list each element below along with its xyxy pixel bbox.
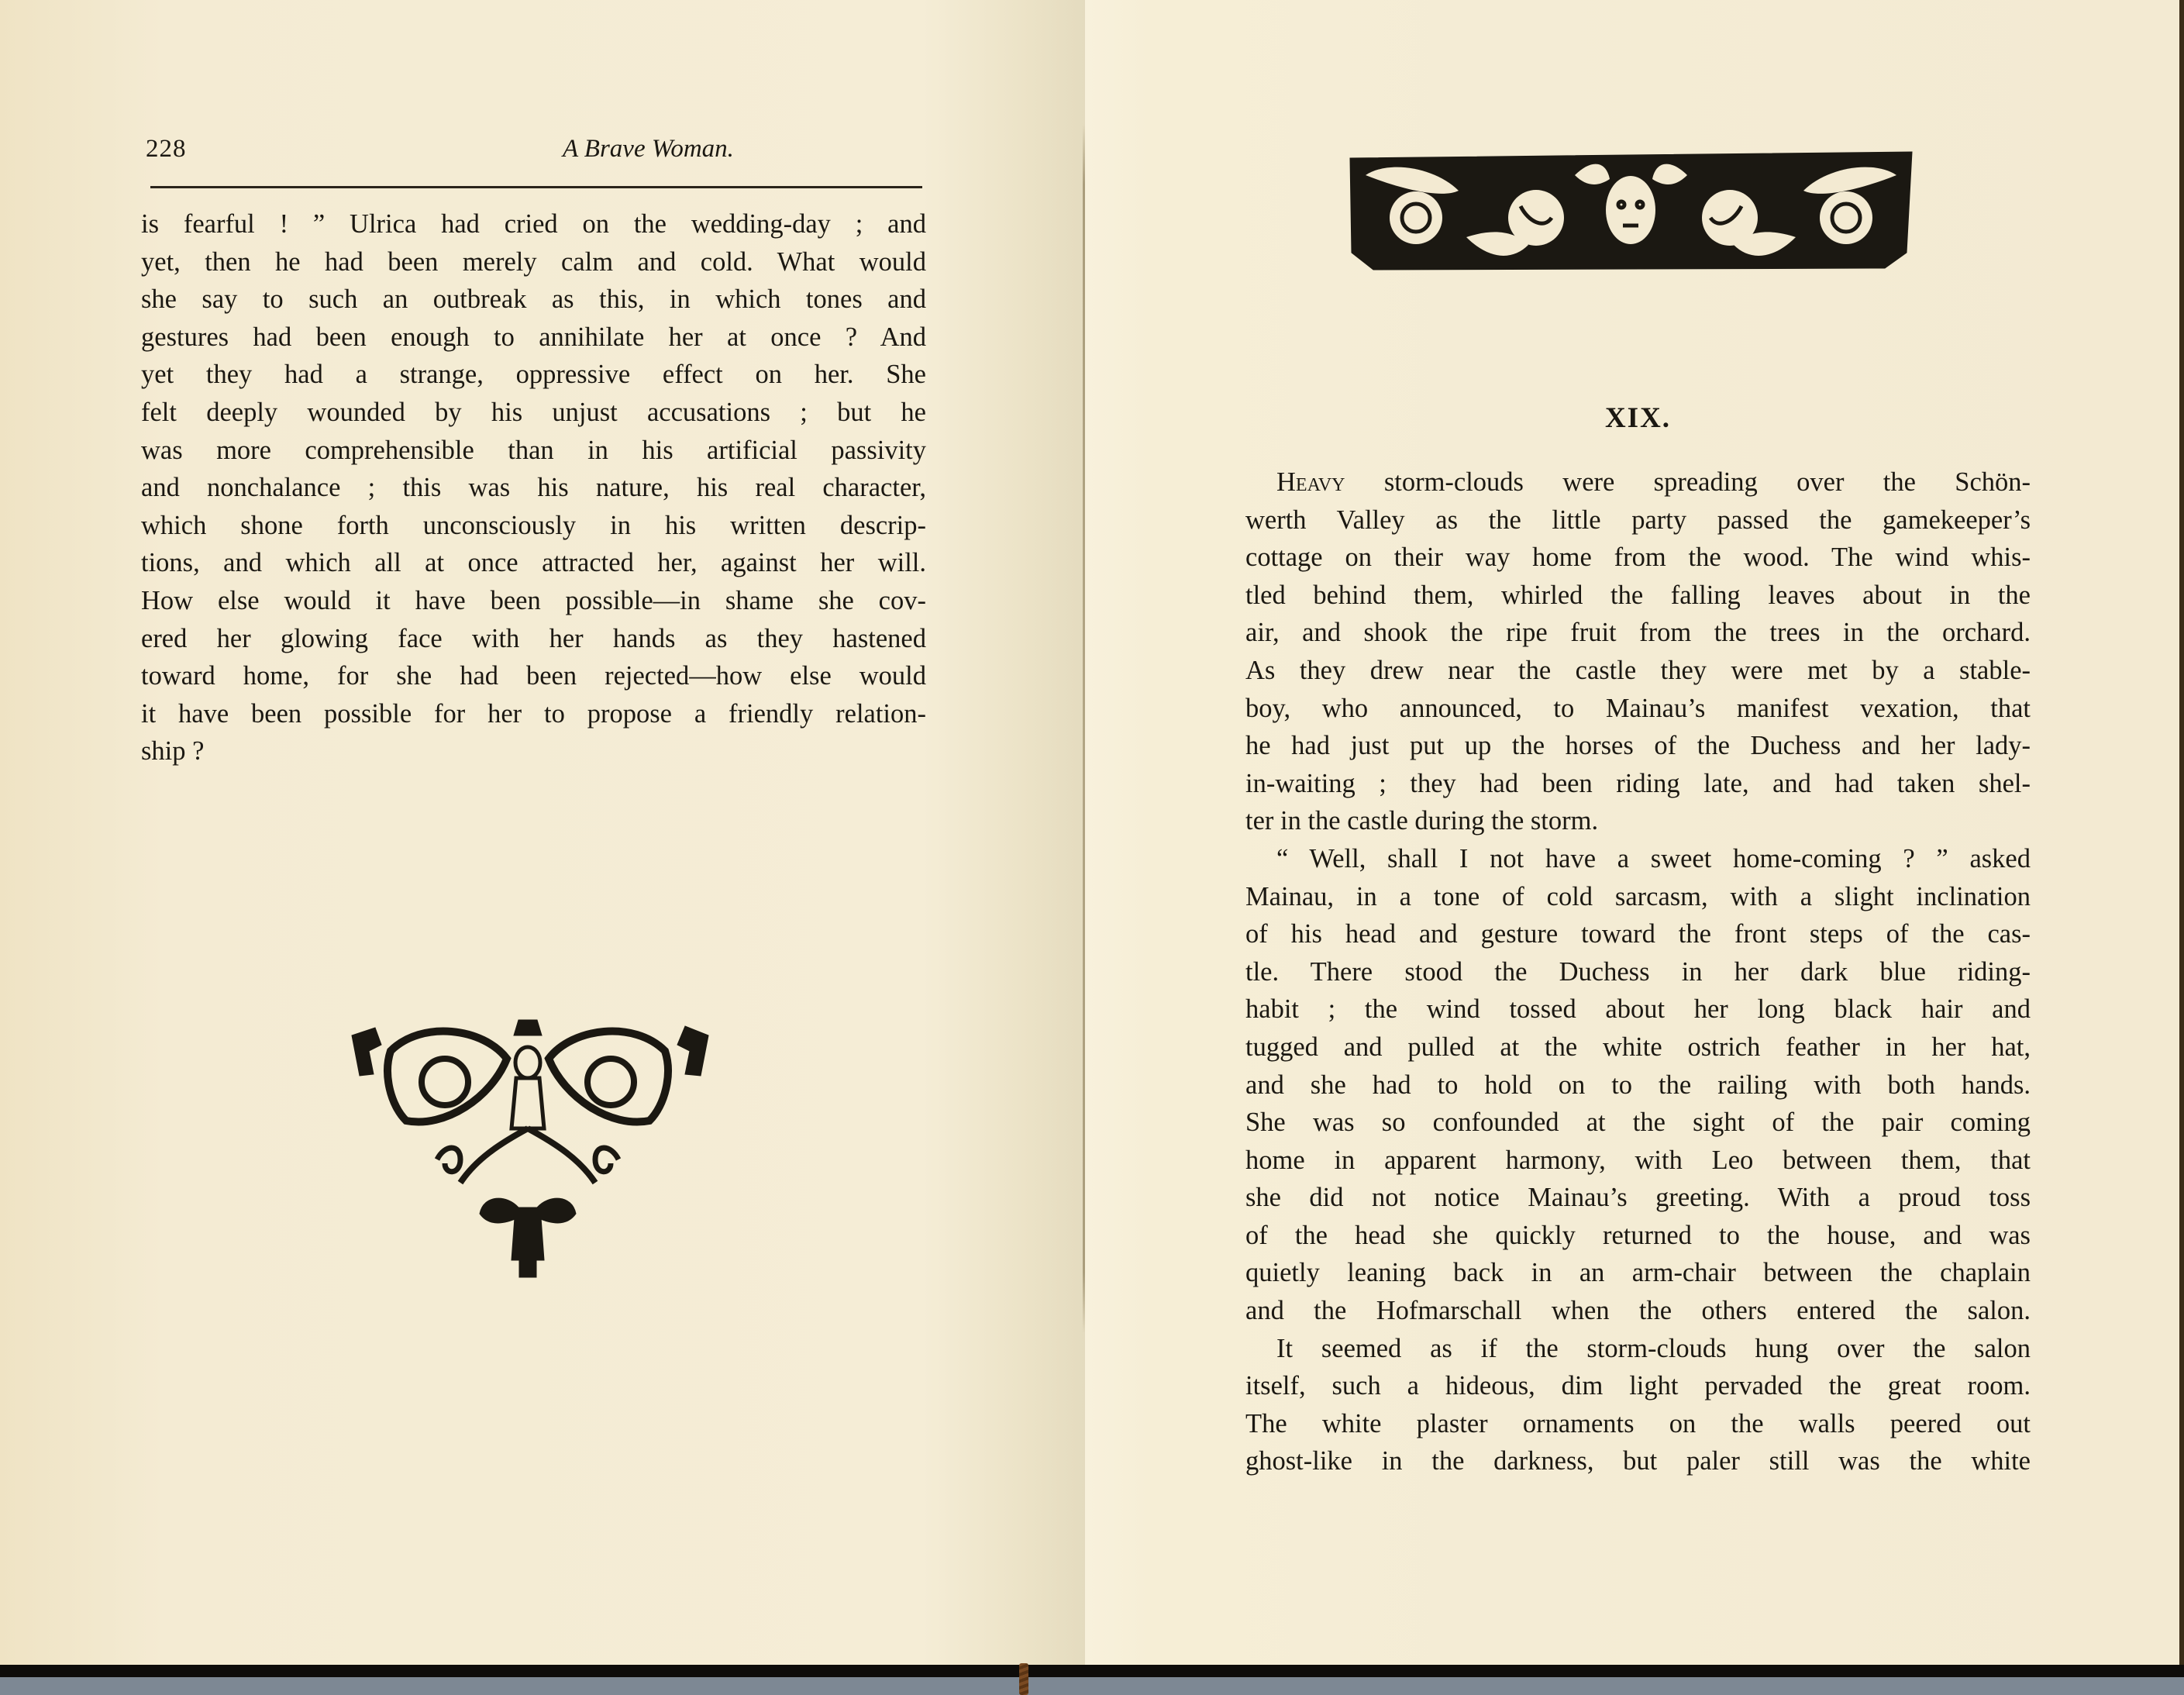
text-line: cottage on their way home from the wood.… (1245, 539, 2031, 577)
text-line: She was so confounded at the sight of th… (1245, 1104, 2031, 1142)
left-page: 228 A Brave Woman. is fearful ! ” Ulrica… (0, 0, 1085, 1665)
text-line: of his head and gesture toward the front… (1245, 915, 2031, 953)
text-line: itself, such a hideous, dim light pervad… (1245, 1367, 2031, 1405)
book-cover-edge (0, 1665, 2184, 1677)
ornamental-headpiece-icon (1342, 144, 1920, 276)
text-line: Mainau, in a tone of cold sarcasm, with … (1245, 878, 2031, 916)
text-line: which shone forth unconsciously in his w… (141, 507, 926, 545)
text-line: yet they had a strange, oppressive effec… (141, 356, 926, 394)
text-line: yet, then he had been merely calm and co… (141, 243, 926, 281)
text-line-first: Heavy storm-clouds were spreading over t… (1245, 463, 2031, 501)
text-line: tions, and which all at once attracted h… (141, 544, 926, 582)
text-line: gestures had been enough to annihilate h… (141, 319, 926, 357)
text-line: and she had to hold on to the railing wi… (1245, 1066, 2031, 1104)
running-title: A Brave Woman. (141, 135, 926, 164)
text-line: How else would it have been possible—in … (141, 582, 926, 620)
text-line: she say to such an outbreak as this, in … (141, 281, 926, 319)
text-line: “ Well, shall I not have a sweet home-co… (1245, 840, 2031, 878)
right-page-body: Heavy storm-clouds were spreading over t… (1245, 463, 2031, 1480)
text-line: The white plaster ornaments on the walls… (1245, 1405, 2031, 1443)
text-line: tugged and pulled at the white ostrich f… (1245, 1028, 2031, 1066)
text-line: quietly leaning back in an arm-chair bet… (1245, 1254, 2031, 1292)
text-line: toward home, for she had been rejected—h… (141, 657, 926, 695)
text-line: in-waiting ; they had been riding late, … (1245, 765, 2031, 803)
header-rule (150, 186, 922, 188)
text-line: was more comprehensible than in his arti… (141, 432, 926, 470)
gutter-crease (1083, 124, 1085, 1333)
running-head: 228 A Brave Woman. (141, 132, 926, 171)
text-line: she did not notice Mainau’s greeting. Wi… (1245, 1179, 2031, 1217)
text-line: of the head she quickly returned to the … (1245, 1217, 2031, 1255)
text-line: home in apparent harmony, with Leo betwe… (1245, 1142, 2031, 1180)
text-line: he had just put up the horses of the Duc… (1245, 727, 2031, 765)
text-line: and nonchalance ; this was his nature, h… (141, 469, 926, 507)
text-line: felt deeply wounded by his unjust accusa… (141, 394, 926, 432)
text-line: it have been possible for her to propose… (141, 695, 926, 733)
bookmark-ribbon (1019, 1663, 1028, 1695)
text-line: As they drew near the castle they were m… (1245, 652, 2031, 690)
text-line: werth Valley as the little party passed … (1245, 501, 2031, 539)
text-line: ter in the castle during the storm. (1245, 802, 2031, 840)
text-line: boy, who announced, to Mainau’s manifest… (1245, 690, 2031, 728)
text-line: ghost-like in the darkness, but paler st… (1245, 1442, 2031, 1480)
open-book-spread: 228 A Brave Woman. is fearful ! ” Ulrica… (0, 0, 2184, 1665)
text-line: and the Hofmarschall when the others ent… (1245, 1292, 2031, 1330)
text-line: It seemed as if the storm-clouds hung ov… (1245, 1330, 2031, 1368)
ornamental-tailpiece-icon (344, 1004, 711, 1280)
text-line-fragment: storm-clouds were spreading over the Sch… (1345, 467, 2031, 497)
text-line: air, and shook the ripe fruit from the t… (1245, 614, 2031, 652)
text-line: tle. There stood the Duchess in her dark… (1245, 953, 2031, 991)
text-line: ered her glowing face with her hands as … (141, 620, 926, 658)
chapter-number: XIX. (1245, 401, 2031, 435)
text-line: tled behind them, whirled the falling le… (1245, 577, 2031, 615)
text-line: habit ; the wind tossed about her long b… (1245, 990, 2031, 1028)
text-line: ship ? (141, 732, 926, 770)
text-line: is fearful ! ” Ulrica had cried on the w… (141, 205, 926, 243)
drop-word-smallcaps: Heavy (1276, 467, 1345, 497)
left-page-body: is fearful ! ” Ulrica had cried on the w… (141, 205, 926, 770)
